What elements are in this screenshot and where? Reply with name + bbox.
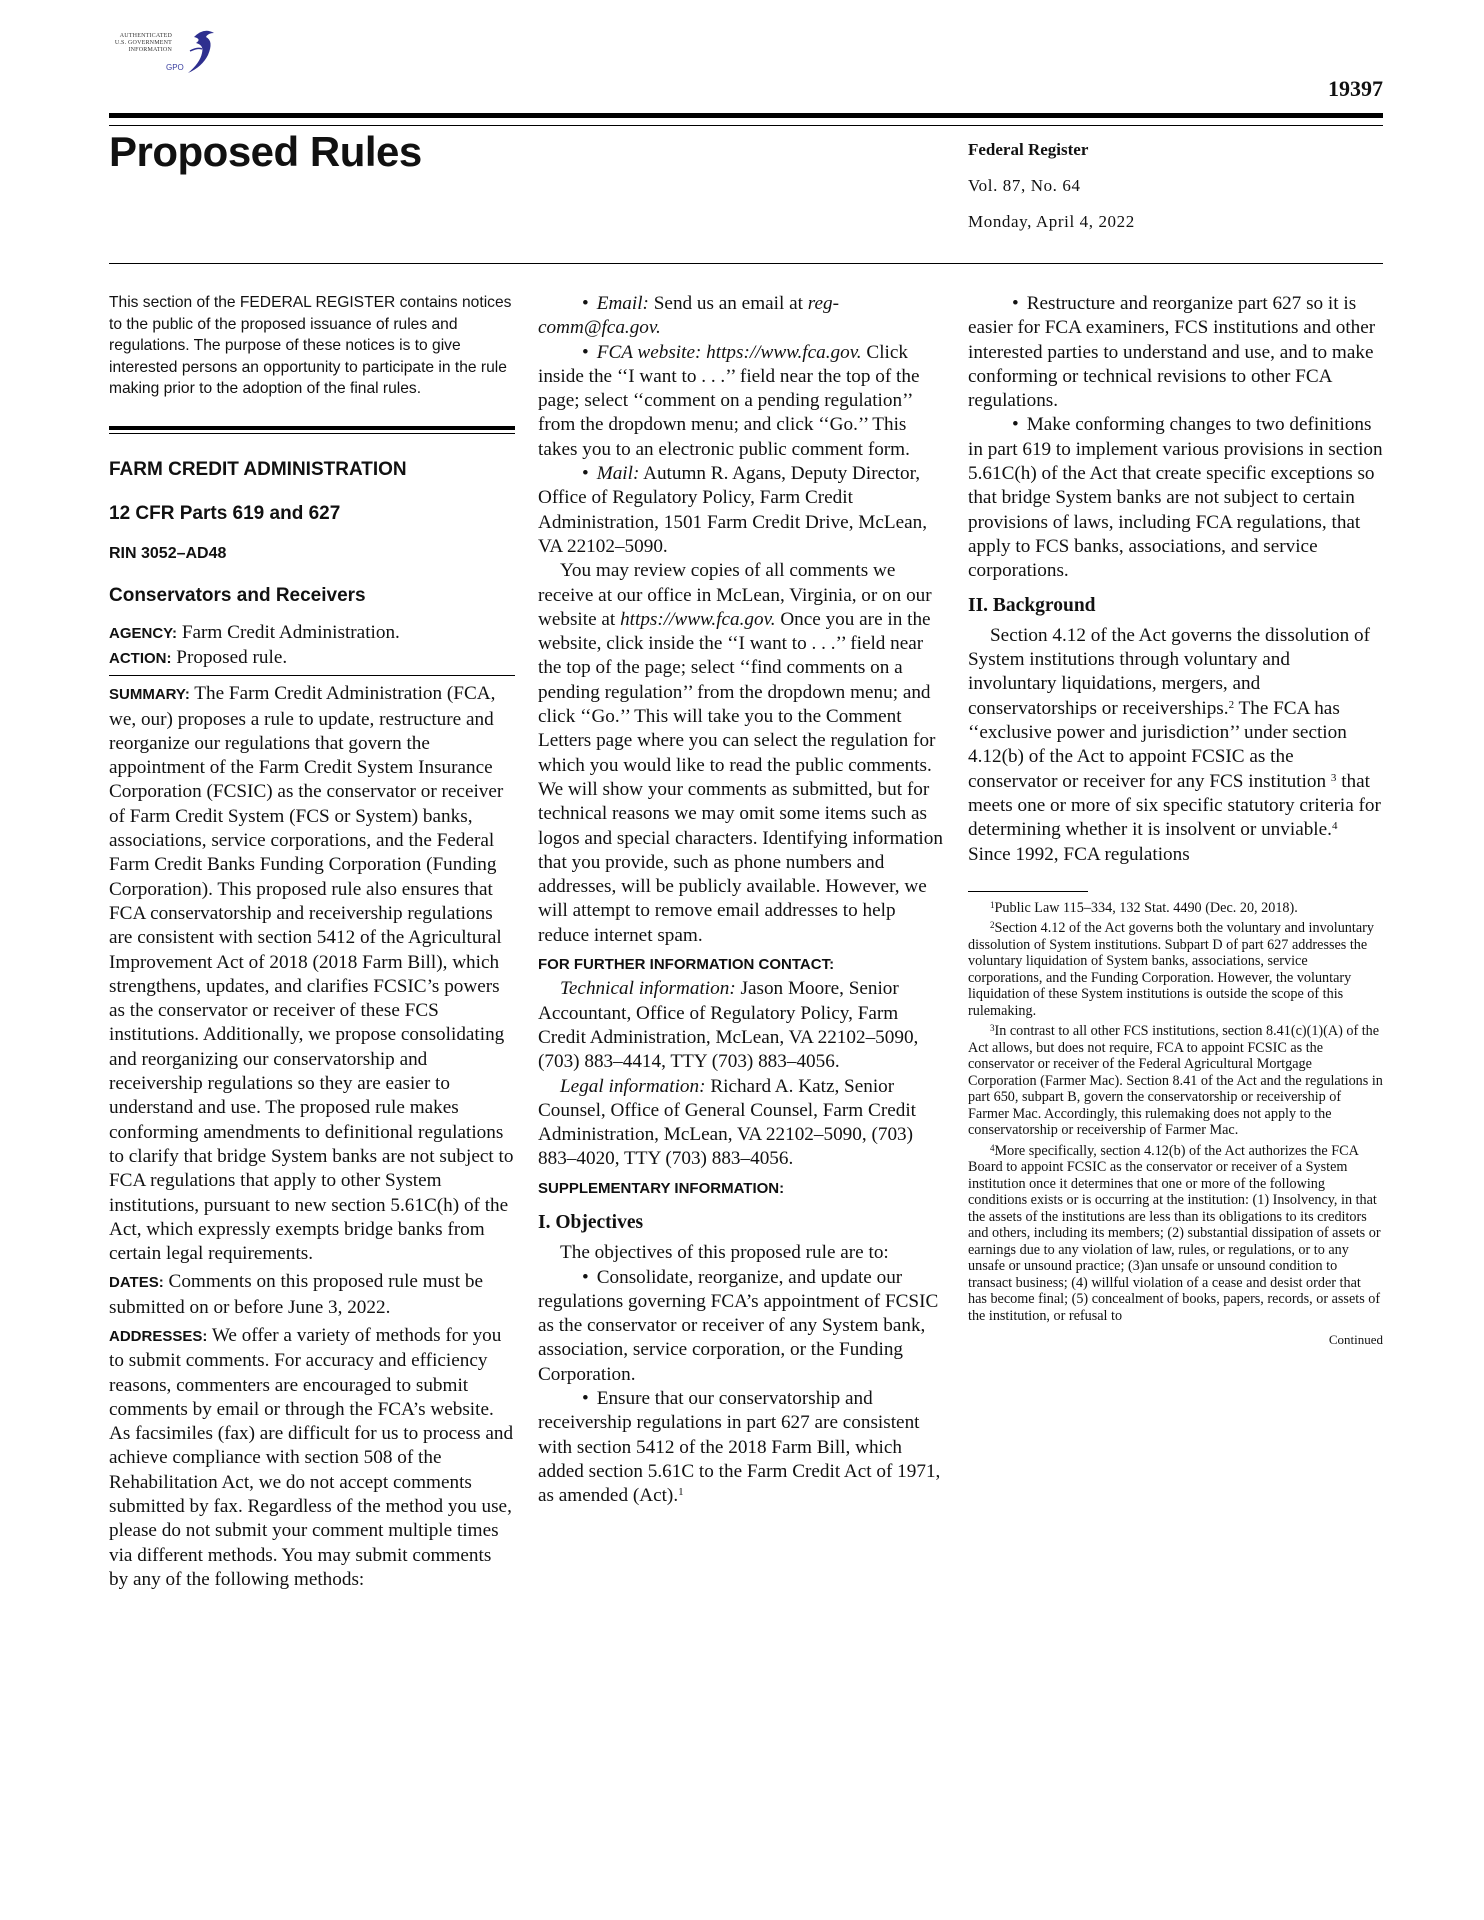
- header-rule-thin: [109, 125, 1383, 126]
- logo-line: AUTHENTICATED: [100, 33, 172, 40]
- footnote: 1Public Law 115–334, 132 Stat. 4490 (Dec…: [968, 900, 1383, 917]
- dates-paragraph: DATES: Comments on this proposed rule mu…: [109, 1270, 515, 1320]
- objective-item: •Make conforming changes to two definiti…: [968, 413, 1383, 583]
- legal-contact: Legal information: Richard A. Katz, Seni…: [538, 1075, 948, 1172]
- volume-number: Vol. 87, No. 64: [968, 176, 1135, 196]
- header-bottom-rule: [109, 263, 1383, 264]
- logo-line: INFORMATION: [100, 47, 172, 54]
- supplementary-heading: SUPPLEMENTARY INFORMATION:: [538, 1176, 948, 1201]
- review-comments-paragraph: You may review copies of all comments we…: [538, 559, 948, 948]
- footnote-text: More specifically, section 4.12(b) of th…: [968, 1143, 1381, 1324]
- publication-name: Federal Register: [968, 140, 1135, 160]
- section-description-note: This section of the FEDERAL REGISTER con…: [109, 292, 515, 400]
- column-1: This section of the FEDERAL REGISTER con…: [109, 292, 515, 1596]
- dates-text: Comments on this proposed rule must be s…: [109, 1271, 483, 1317]
- objective-item: •Consolidate, reorganize, and update our…: [538, 1266, 948, 1387]
- footnote-text: Public Law 115–334, 132 Stat. 4490 (Dec.…: [995, 900, 1298, 916]
- action-value: Proposed rule.: [176, 647, 287, 668]
- logo-text: AUTHENTICATED U.S. GOVERNMENT INFORMATIO…: [100, 33, 172, 54]
- logo-line: U.S. GOVERNMENT: [100, 40, 172, 47]
- agency-value: Farm Credit Administration.: [182, 622, 400, 643]
- summary-label: SUMMARY:: [109, 686, 190, 703]
- bullet-icon: •: [560, 462, 589, 486]
- page-number: 19397: [1328, 76, 1383, 102]
- publication-date: Monday, April 4, 2022: [968, 212, 1135, 232]
- footnote-text: In contrast to all other FCS institution…: [968, 1023, 1383, 1138]
- header-rule-thick: [109, 113, 1383, 118]
- objective-text: Restructure and reorganize part 627 so i…: [968, 293, 1375, 411]
- logo-gpo-text: GPO: [166, 63, 184, 72]
- objective-item: •Ensure that our conservatorship and rec…: [538, 1387, 948, 1508]
- column-2: •Email: Send us an email at reg-comm@fca…: [538, 292, 948, 1509]
- technical-label: Technical information:: [560, 978, 736, 999]
- objective-text: Ensure that our conservatorship and rece…: [538, 1388, 940, 1506]
- method-label: Email:: [597, 293, 649, 314]
- technical-contact: Technical information: Jason Moore, Seni…: [538, 977, 948, 1074]
- method-website: •FCA website: https://www.fca.gov. Click…: [538, 341, 948, 462]
- footnote-divider: [968, 891, 1088, 892]
- action-label: ACTION:: [109, 650, 172, 667]
- divider-thick: [109, 426, 515, 430]
- bullet-icon: •: [990, 292, 1019, 316]
- bullet-icon: •: [560, 292, 589, 316]
- objective-text: Consolidate, reorganize, and update our …: [538, 1267, 938, 1385]
- addresses-label: ADDRESSES:: [109, 1328, 207, 1345]
- summary-paragraph: SUMMARY: The Farm Credit Administration …: [109, 682, 515, 1266]
- footnote-ref[interactable]: 1: [678, 1486, 684, 1498]
- action-line: ACTION: Proposed rule.: [109, 646, 515, 671]
- dates-label: DATES:: [109, 1274, 164, 1291]
- supplementary-label: SUPPLEMENTARY INFORMATION:: [538, 1180, 784, 1197]
- footnote-text: Section 4.12 of the Act governs both the…: [968, 920, 1374, 1019]
- review-text: Once you are in the website, click insid…: [538, 609, 943, 946]
- fca-website-link[interactable]: https://www.fca.gov.: [620, 609, 775, 630]
- eagle-icon: [186, 27, 220, 75]
- addresses-paragraph: ADDRESSES: We offer a variety of methods…: [109, 1324, 515, 1592]
- method-text: Send us an email at: [654, 293, 808, 314]
- background-paragraph: Section 4.12 of the Act governs the diss…: [968, 624, 1383, 867]
- federal-register-meta: Federal Register Vol. 87, No. 64 Monday,…: [968, 140, 1135, 248]
- footnote: 3In contrast to all other FCS institutio…: [968, 1023, 1383, 1139]
- cfr-citation: 12 CFR Parts 619 and 627: [109, 502, 515, 526]
- summary-divider: [109, 675, 515, 676]
- footnote: 4More specifically, section 4.12(b) of t…: [968, 1143, 1383, 1325]
- website-link[interactable]: FCA website: https://www.fca.gov.: [597, 342, 862, 363]
- summary-text: The Farm Credit Administration (FCA, we,…: [109, 683, 513, 1264]
- footnote: 2Section 4.12 of the Act governs both th…: [968, 920, 1383, 1019]
- objectives-intro: The objectives of this proposed rule are…: [538, 1241, 948, 1265]
- rin-number: RIN 3052–AD48: [109, 542, 515, 566]
- section-title: Proposed Rules: [109, 128, 422, 176]
- agency-heading: FARM CREDIT ADMINISTRATION: [109, 458, 515, 482]
- bullet-icon: •: [560, 1266, 589, 1290]
- column-3: •Restructure and reorganize part 627 so …: [968, 292, 1383, 1353]
- agency-label: AGENCY:: [109, 625, 177, 642]
- method-mail: •Mail: Autumn R. Agans, Deputy Director,…: [538, 462, 948, 559]
- objective-item: •Restructure and reorganize part 627 so …: [968, 292, 1383, 413]
- footnote-ref[interactable]: 4: [1332, 820, 1338, 832]
- addresses-text: We offer a variety of methods for you to…: [109, 1325, 513, 1590]
- background-heading: II. Background: [968, 594, 1383, 618]
- agency-line: AGENCY: Farm Credit Administration.: [109, 621, 515, 646]
- continued-label: Continued: [968, 1328, 1383, 1352]
- contact-label: FOR FURTHER INFORMATION CONTACT:: [538, 956, 834, 973]
- objectives-heading: I. Objectives: [538, 1211, 948, 1235]
- method-email: •Email: Send us an email at reg-comm@fca…: [538, 292, 948, 341]
- contact-heading: FOR FURTHER INFORMATION CONTACT:: [538, 952, 948, 977]
- legal-label: Legal information:: [560, 1076, 706, 1097]
- objective-text: Make conforming changes to two definitio…: [968, 414, 1383, 581]
- bullet-icon: •: [560, 341, 589, 365]
- bullet-icon: •: [560, 1387, 589, 1411]
- gpo-authenticated-logo: AUTHENTICATED U.S. GOVERNMENT INFORMATIO…: [100, 25, 210, 75]
- bullet-icon: •: [990, 413, 1019, 437]
- divider-thin: [109, 433, 515, 434]
- method-label: Mail:: [597, 463, 640, 484]
- document-subject: Conservators and Receivers: [109, 584, 515, 608]
- background-text: Since 1992, FCA regulations: [968, 844, 1190, 865]
